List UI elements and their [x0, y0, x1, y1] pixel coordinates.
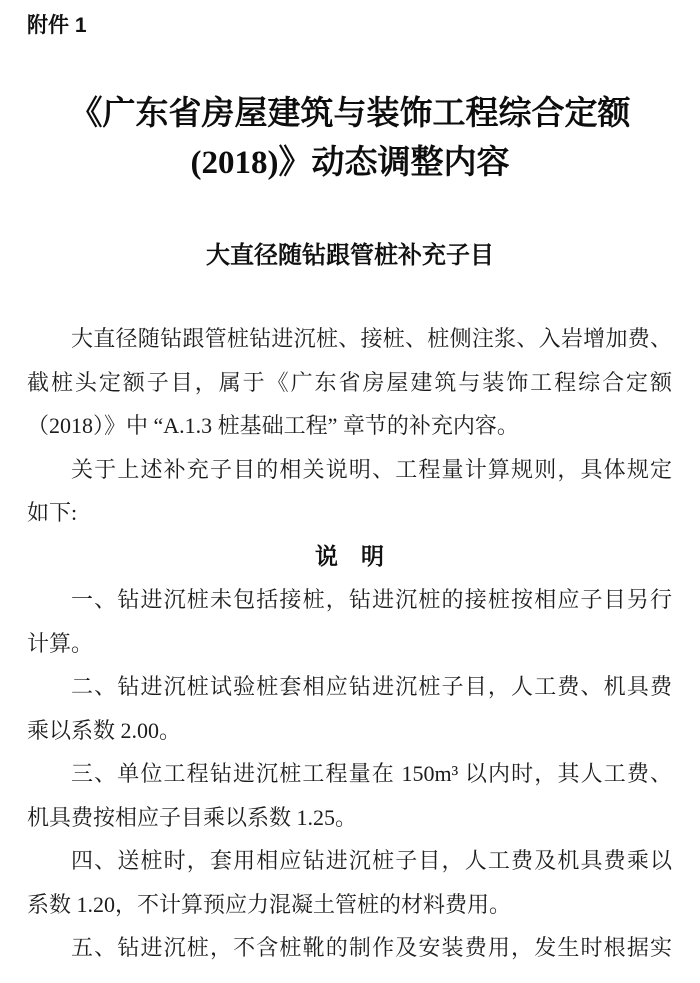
paragraph: 关于上述补充子目的相关说明、工程量计算规则，具体规定如下: — [27, 448, 672, 535]
text-line: 大直径随钻跟管桩钻进沉桩、接桩、桩侧注浆、入岩增加费、 — [27, 317, 672, 361]
body-text: 大直径随钻跟管桩钻进沉桩、接桩、桩侧注浆、入岩增加费、截桩头定额子目，属于《广东… — [27, 317, 672, 970]
paragraph: 三、单位工程钻进沉桩工程量在 150m³ 以内时，其人工费、机具费按相应子目乘以… — [27, 752, 672, 839]
title-line-1: 《广东省房屋建筑与装饰工程综合定额 — [0, 90, 700, 139]
title-line-2: (2018)》动态调整内容 — [0, 139, 700, 188]
document-subtitle: 大直径随钻跟管桩补充子目 — [0, 242, 700, 269]
section-heading: 说 明 — [27, 535, 672, 579]
paragraph: 四、送桩时，套用相应钻进沉桩子目，人工费及机具费乘以系数 1.20，不计算预应力… — [27, 839, 672, 926]
text-line: 机具费按相应子目乘以系数 1.25。 — [27, 796, 672, 840]
text-line: 截桩头定额子目，属于《广东省房屋建筑与装饰工程综合定额 — [27, 361, 672, 405]
text-line: 一、钻进沉桩未包括接桩，钻进沉桩的接桩按相应子目另行 — [27, 578, 672, 622]
text-line: 系数 1.20，不计算预应力混凝土管桩的材料费用。 — [27, 883, 672, 927]
document-title: 《广东省房屋建筑与装饰工程综合定额 (2018)》动态调整内容 — [0, 90, 700, 188]
text-line: 乘以系数 2.00。 — [27, 709, 672, 753]
text-line: 计算。 — [27, 622, 672, 666]
text-line: 关于上述补充子目的相关说明、工程量计算规则，具体规定 — [27, 448, 672, 492]
text-line: 四、送桩时，套用相应钻进沉桩子目，人工费及机具费乘以 — [27, 839, 672, 883]
text-line: 三、单位工程钻进沉桩工程量在 150m³ 以内时，其人工费、 — [27, 752, 672, 796]
text-line: （2018）》中 “A.1.3 桩基础工程” 章节的补充内容。 — [27, 404, 672, 448]
text-line: 如下: — [27, 491, 672, 535]
text-line: 五、钻进沉桩，不含桩靴的制作及安装费用，发生时根据实 — [27, 926, 672, 970]
notes-paragraphs: 一、钻进沉桩未包括接桩，钻进沉桩的接桩按相应子目另行计算。二、钻进沉桩试验桩套相… — [27, 578, 672, 970]
paragraph: 一、钻进沉桩未包括接桩，钻进沉桩的接桩按相应子目另行计算。 — [27, 578, 672, 665]
paragraph: 五、钻进沉桩，不含桩靴的制作及安装费用，发生时根据实 — [27, 926, 672, 970]
attachment-label: 附件 1 — [27, 14, 700, 38]
text-line: 二、钻进沉桩试验桩套相应钻进沉桩子目，人工费、机具费 — [27, 665, 672, 709]
paragraph: 二、钻进沉桩试验桩套相应钻进沉桩子目，人工费、机具费乘以系数 2.00。 — [27, 665, 672, 752]
document-page: 附件 1 《广东省房屋建筑与装饰工程综合定额 (2018)》动态调整内容 大直径… — [0, 0, 700, 983]
paragraph: 大直径随钻跟管桩钻进沉桩、接桩、桩侧注浆、入岩增加费、截桩头定额子目，属于《广东… — [27, 317, 672, 448]
intro-paragraphs: 大直径随钻跟管桩钻进沉桩、接桩、桩侧注浆、入岩增加费、截桩头定额子目，属于《广东… — [27, 317, 672, 535]
